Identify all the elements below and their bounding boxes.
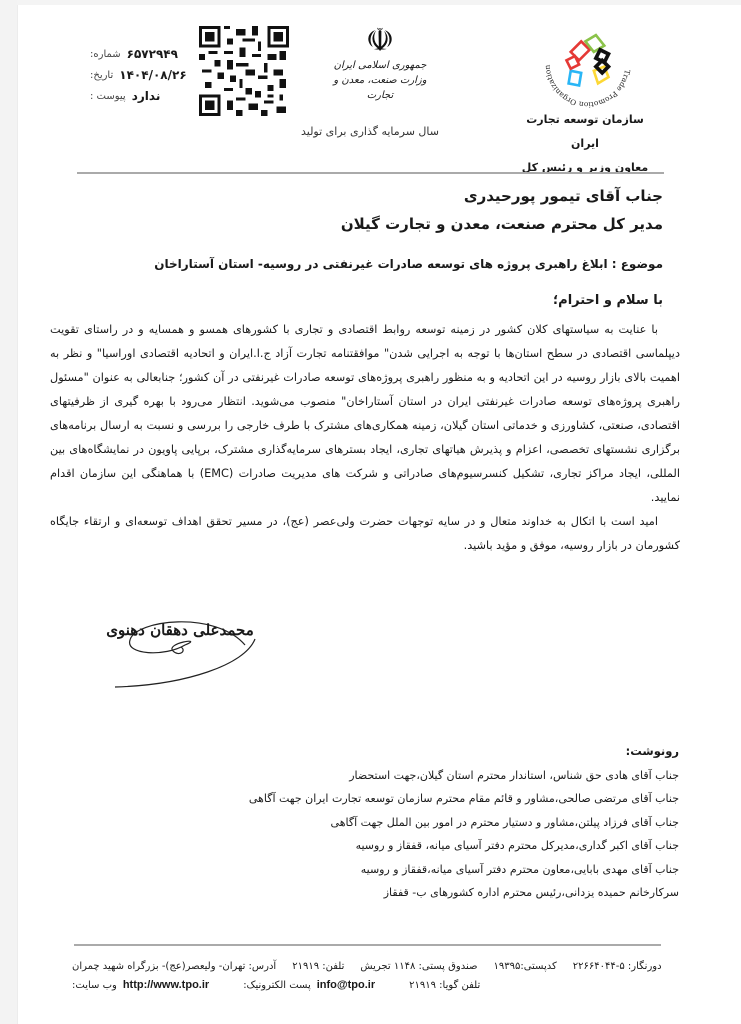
cc-item: جناب آقای مهدی بابایی،معاون محترم دفتر آ… [119, 858, 679, 882]
recipient-name: جناب آقای تیمور پورحیدری [341, 182, 663, 210]
attachment-value: ندارد [132, 86, 161, 107]
cc-item: جناب آقای اکبر گداری،مدیرکل محترم دفتر آ… [119, 834, 679, 858]
svg-text:Trade Promotion Organization o: Trade Promotion Organization of Iran [535, 12, 632, 109]
footer-row-address: آدرس: تهران- ولیعصر(عج)- بزرگراه شهید چم… [72, 957, 672, 976]
footer-email-link[interactable]: info@tpo.ir [317, 976, 375, 995]
iran-emblem: ☫ جمهوری اسلامی ایران وزارت صنعت، معدن و… [330, 22, 430, 103]
number-label: شماره: [90, 44, 121, 65]
attachment-label: پیوست : [90, 86, 126, 107]
footer-phone: تلفن: ۲۱۹۱۹ [292, 957, 344, 976]
tpo-logo-icon: Trade Promotion Organization of Iran [535, 12, 640, 117]
footer: آدرس: تهران- ولیعصر(عج)- بزرگراه شهید چم… [72, 957, 672, 995]
meta-attachment: پیوست : ندارد [90, 86, 190, 107]
footer-divider [74, 944, 661, 946]
footer-website-link[interactable]: http://www.tpo.ir [123, 976, 209, 995]
letter-subject: موضوع : ابلاغ راهبری پروژه های توسعه صاد… [154, 257, 663, 271]
page-edge [0, 0, 18, 1024]
footer-po-box: صندوق پستی: ۱۱۴۸ تجریش [360, 957, 477, 976]
footer-email-label: پست الکترونیک: [243, 976, 311, 995]
recipient-block: جناب آقای تیمور پورحیدری مدیر کل محترم ص… [341, 182, 663, 238]
footer-postal-code: کدپستی:۱۹۳۹۵ [493, 957, 556, 976]
cc-item: جناب آقای فرزاد پیلتن،مشاور و دستیار محت… [119, 811, 679, 835]
cc-item: سرکارخانم حمیده یزدانی،رئیس محترم اداره … [119, 881, 679, 905]
tpo-title-block: سازمان توسعه تجارت ایران معاون وزیر و رئ… [520, 108, 650, 180]
page-edge-top [17, 0, 741, 5]
body-paragraph-2: امید است با اتکال به خداوند متعال و در س… [50, 510, 680, 558]
qr-code-icon [199, 25, 289, 117]
footer-fax: دورنگار: ۵-۲۲۶۶۴۰۴۴ [573, 957, 662, 976]
recipient-title: مدیر کل محترم صنعت، معدن و تجارت گیلان [341, 210, 663, 238]
body-paragraph-1: با عنایت به سیاستهای کلان کشور در زمینه … [50, 318, 680, 510]
tpo-subtitle: معاون وزیر و رئیس کل [520, 156, 650, 180]
cc-list: رونوشت: جناب آقای هادی حق شناس، استاندار… [119, 740, 679, 905]
tpo-title: سازمان توسعه تجارت ایران [520, 108, 650, 156]
date-label: تاریخ: [90, 65, 113, 86]
date-value: ۱۴۰۴/۰۸/۲۶ [119, 65, 186, 86]
footer-address: آدرس: تهران- ولیعصر(عج)- بزرگراه شهید چم… [72, 957, 276, 976]
signatory-name: محمدعلی دهقان دهنوی [95, 621, 265, 639]
number-value: ۶۵۷۲۹۴۹ [127, 44, 178, 65]
emblem-line2: وزارت صنعت، معدن و تجارت [330, 73, 430, 103]
letter-meta: شماره: ۶۵۷۲۹۴۹ تاریخ: ۱۴۰۴/۰۸/۲۶ پیوست :… [90, 44, 190, 107]
signature: محمدعلی دهقان دهنوی [95, 615, 265, 695]
letter-greeting: با سلام و احترام؛ [553, 293, 663, 308]
header-divider [77, 172, 664, 174]
year-slogan: سال سرمایه گذاری برای تولید [300, 125, 440, 138]
cc-item: جناب آقای هادی حق شناس، استاندار محترم ا… [119, 764, 679, 788]
footer-row-contact: وب سایت: http://www.tpo.ir پست الکترونیک… [72, 976, 672, 995]
meta-number: شماره: ۶۵۷۲۹۴۹ [90, 44, 190, 65]
footer-voice-phone: تلفن گویا: ۲۱۹۱۹ [409, 976, 480, 995]
footer-website-label: وب سایت: [72, 976, 117, 995]
cc-item: جناب آقای مرتضی صالحی،مشاور و قائم مقام … [119, 787, 679, 811]
emblem-line1: جمهوری اسلامی ایران [330, 58, 430, 73]
emblem-icon: ☫ [330, 22, 430, 58]
cc-title: رونوشت: [119, 740, 679, 764]
letter-body: با عنایت به سیاستهای کلان کشور در زمینه … [50, 318, 680, 558]
meta-date: تاریخ: ۱۴۰۴/۰۸/۲۶ [90, 65, 190, 86]
